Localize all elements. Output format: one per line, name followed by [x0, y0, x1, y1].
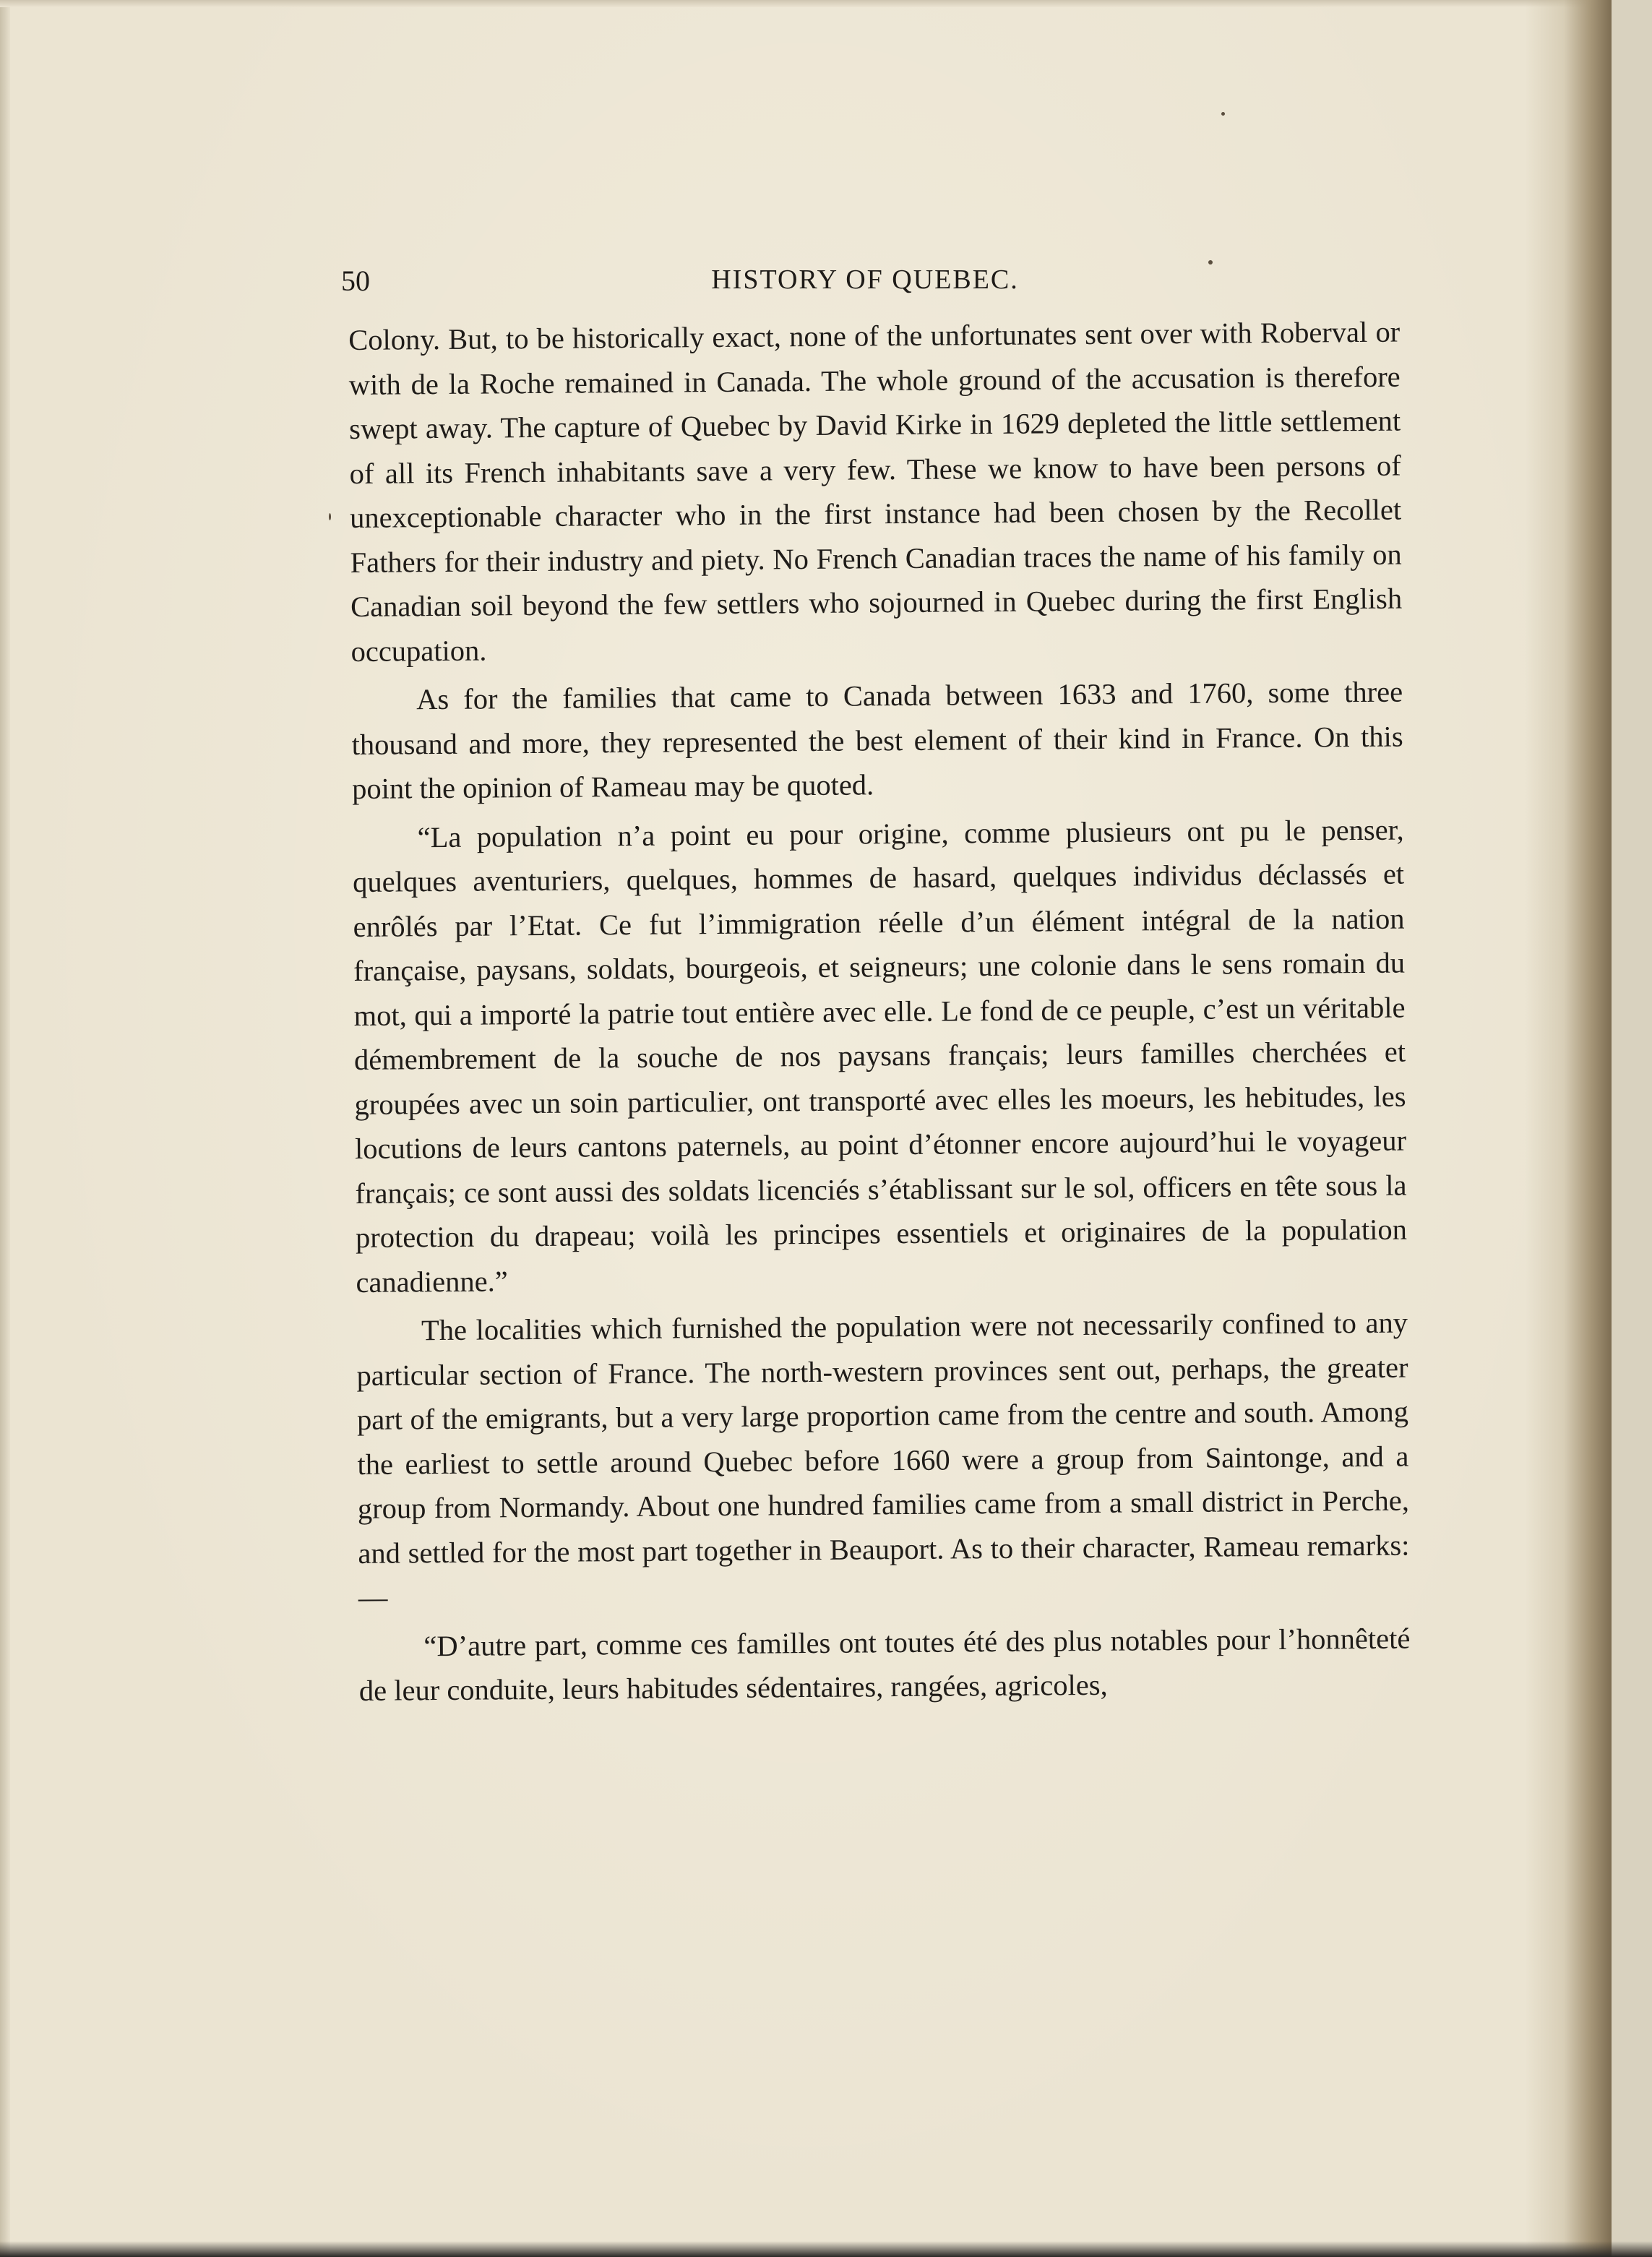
paper-speck	[1221, 112, 1225, 116]
bottom-shadow	[0, 2241, 1652, 2257]
book-page: 50 HISTORY OF QUEBEC. Colony. But, to be…	[0, 0, 1612, 2257]
paper-speck	[1208, 260, 1213, 265]
paragraph: As for the families that came to Canada …	[351, 670, 1403, 812]
body-text: Colony. But, to be historically exact, n…	[348, 310, 1411, 1714]
page-edge-left	[0, 0, 10, 2257]
running-head-title: HISTORY OF QUEBEC.	[341, 264, 1389, 296]
block-quote-paragraph: “La population n’a point eu pour origine…	[352, 807, 1407, 1304]
paragraph: Colony. But, to be historically exact, n…	[348, 310, 1403, 674]
running-head: 50 HISTORY OF QUEBEC.	[341, 264, 1389, 300]
paragraph: The localities which furnished the popul…	[356, 1301, 1410, 1620]
paper-speck	[1077, 744, 1080, 747]
paper-speck	[329, 513, 331, 520]
block-quote-paragraph: “D’autre part, comme ces familles ont to…	[358, 1616, 1411, 1713]
spine-shadow	[1525, 0, 1612, 2257]
page-edge-top	[0, 0, 1612, 7]
